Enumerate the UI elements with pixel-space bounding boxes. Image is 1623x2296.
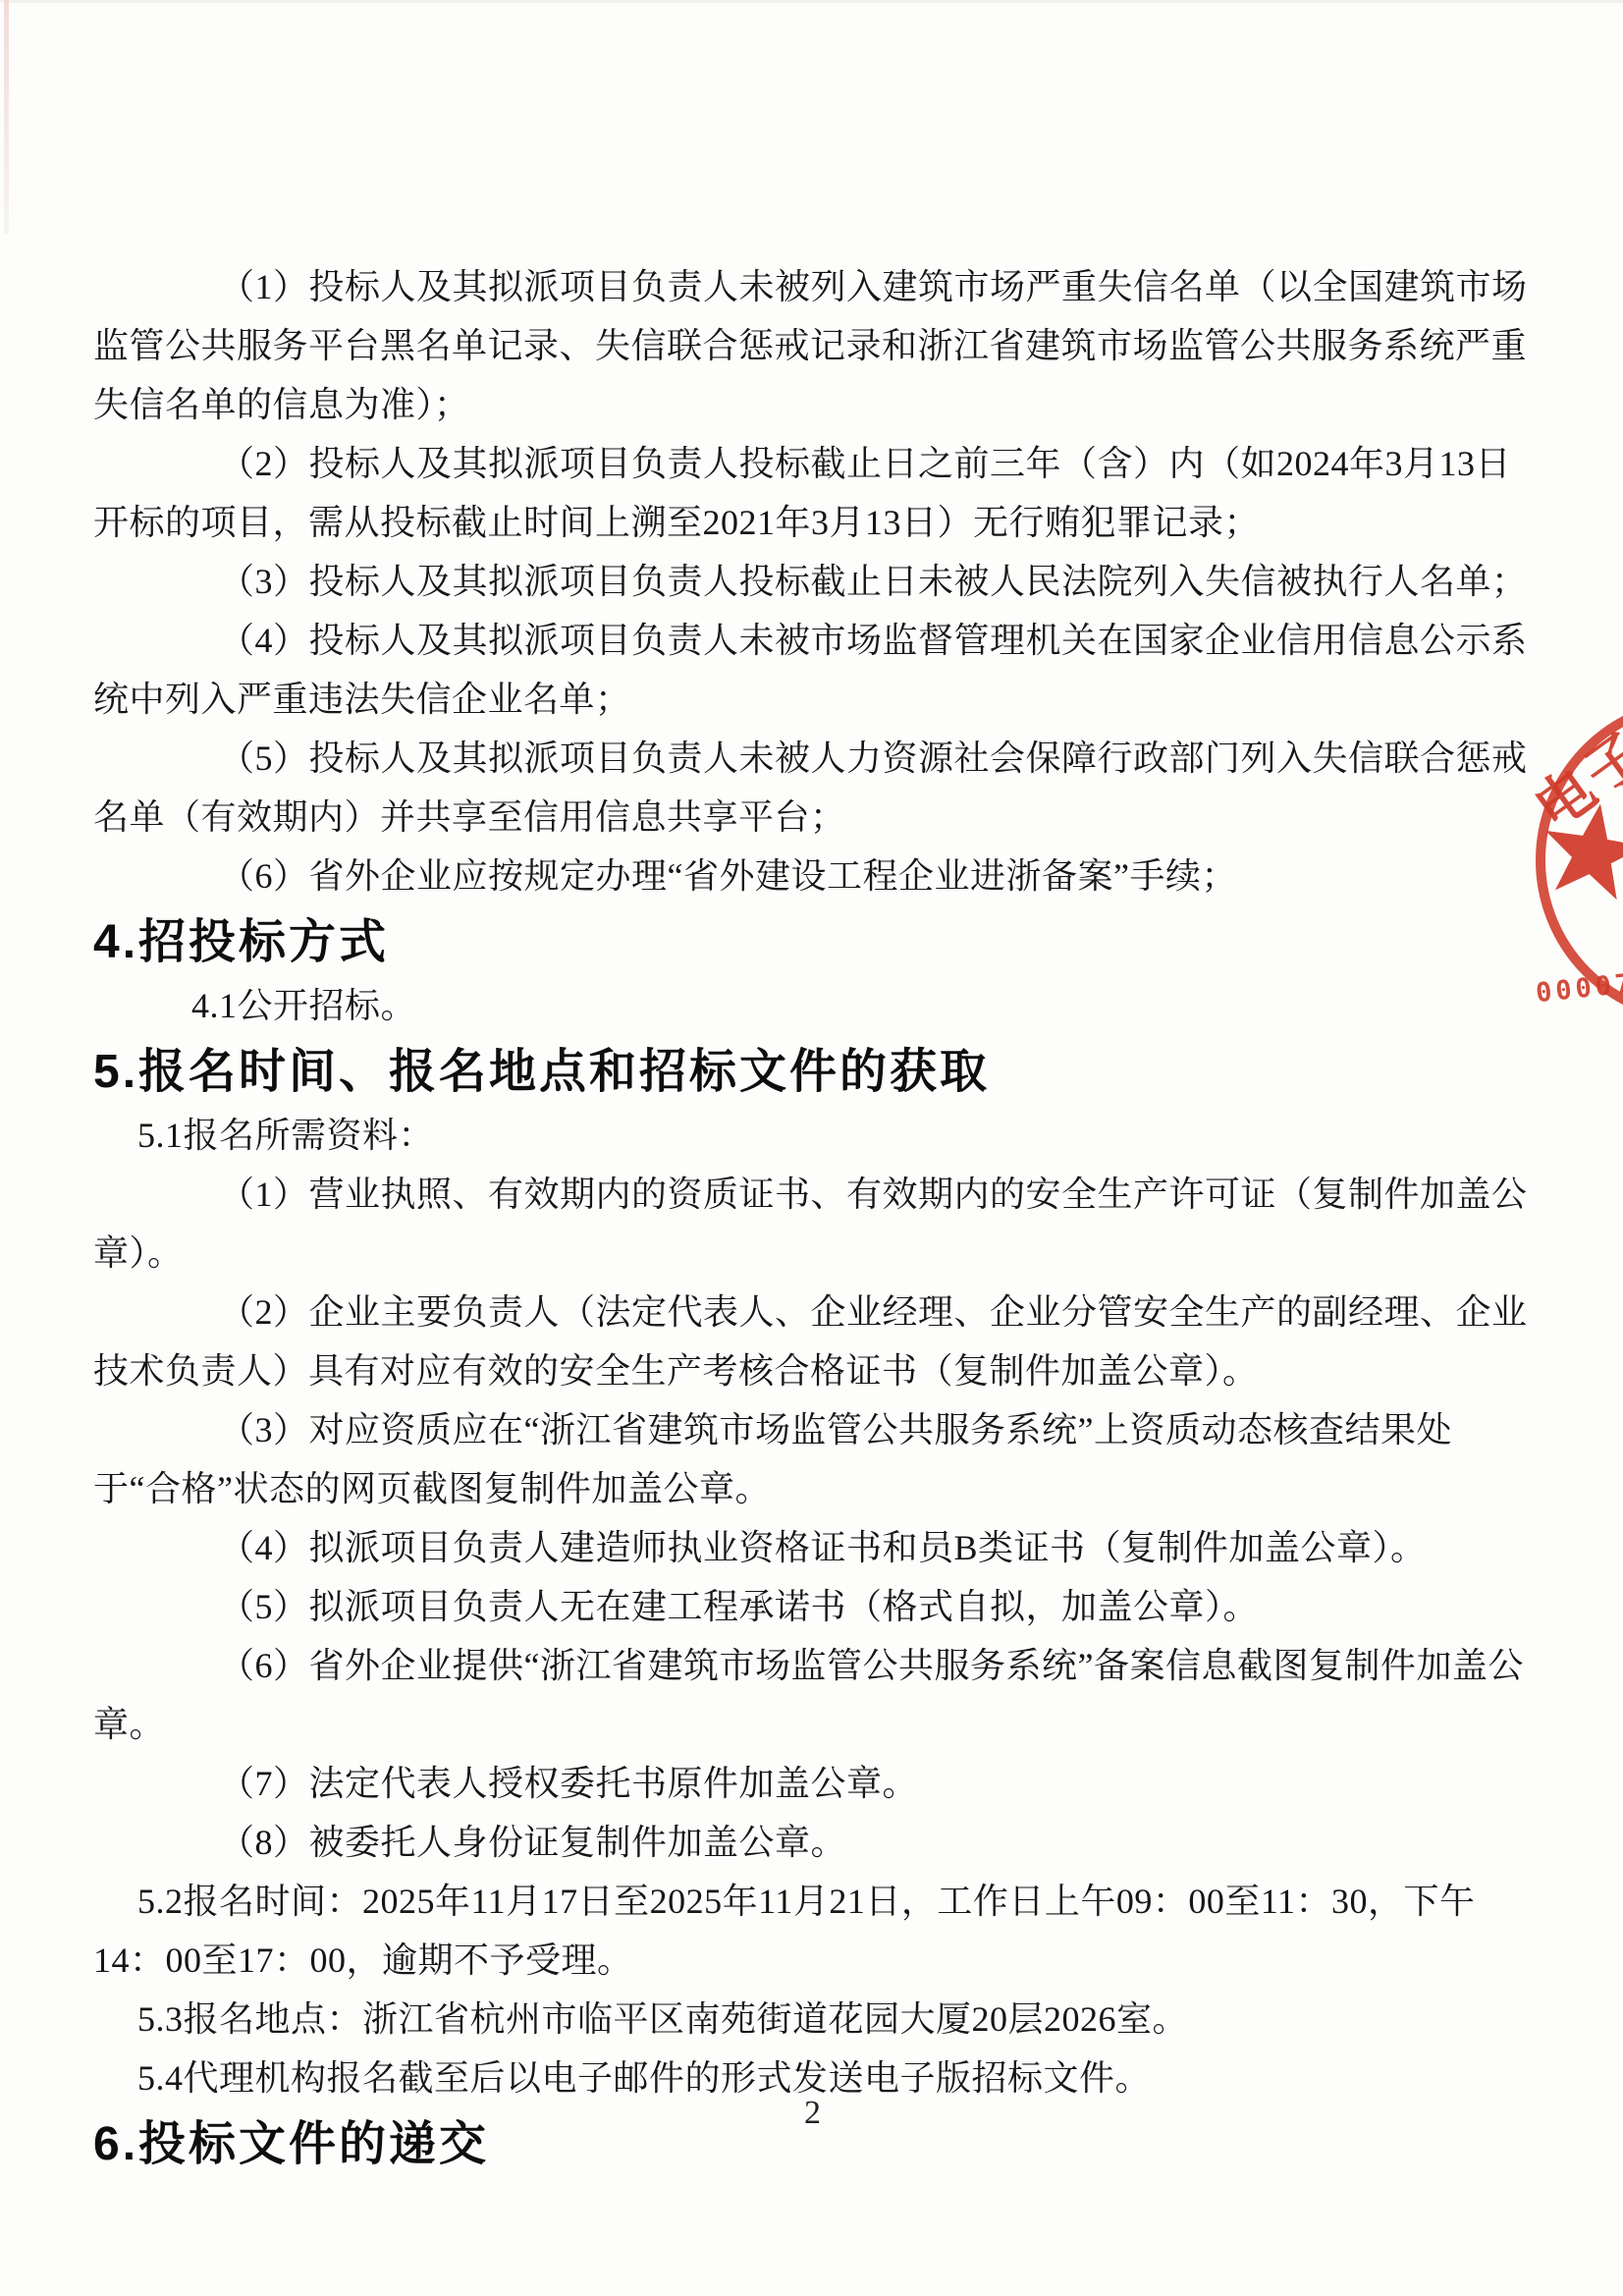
paragraph: （2）投标人及其拟派项目负责人投标截止日之前三年（含）内（如2024年3月13日… — [93, 434, 1532, 552]
star-icon — [1534, 795, 1623, 910]
section-heading: 4.招投标方式 — [93, 910, 1532, 975]
seal-label: 电子 — [1528, 707, 1623, 846]
red-seal-stamp: 电子 000078 — [1528, 687, 1623, 1029]
paragraph: （5）投标人及其拟派项目负责人未被人力资源社会保障行政部门列入失信联合惩戒名单（… — [93, 729, 1532, 847]
paragraph: （1）投标人及其拟派项目负责人未被列入建筑市场严重失信名单（以全国建筑市场监管公… — [93, 257, 1532, 434]
paragraph: 5.2报名时间：2025年11月17日至2025年11月21日，工作日上午09：… — [93, 1872, 1532, 1990]
paragraph: （4）投标人及其拟派项目负责人未被市场监督管理机关在国家企业信用信息公示系统中列… — [93, 611, 1532, 729]
paragraph: （5）拟派项目负责人无在建工程承诺书（格式自拟，加盖公章）。 — [93, 1577, 1532, 1636]
paragraph: （6）省外企业提供“浙江省建筑市场监管公共服务系统”备案信息截图复制件加盖公章。 — [93, 1636, 1532, 1754]
seal-serial-number: 000078 — [1535, 966, 1623, 1010]
paragraph: （1）营业执照、有效期内的资质证书、有效期内的安全生产许可证（复制件加盖公章）。 — [93, 1165, 1532, 1283]
paragraph: 5.1报名所需资料： — [93, 1106, 1532, 1165]
scan-top-edge-artifact — [0, 0, 1623, 3]
paragraph: （4）拟派项目负责人建造师执业资格证书和员B类证书（复制件加盖公章）。 — [93, 1518, 1532, 1577]
paragraph: （3）对应资质应在“浙江省建筑市场监管公共服务系统”上资质动态核查结果处于“合格… — [93, 1400, 1532, 1518]
document-body: （1）投标人及其拟派项目负责人未被列入建筑市场严重失信名单（以全国建筑市场监管公… — [93, 257, 1532, 2178]
seal-ring-icon — [1536, 697, 1623, 1023]
paragraph: 5.3报名地点：浙江省杭州市临平区南苑街道花园大厦20层2026室。 — [93, 1990, 1532, 2049]
document-page: （1）投标人及其拟派项目负责人未被列入建筑市场严重失信名单（以全国建筑市场监管公… — [0, 0, 1623, 2296]
paragraph: （8）被委托人身份证复制件加盖公章。 — [93, 1813, 1532, 1872]
section-heading: 5.报名时间、报名地点和招标文件的获取 — [93, 1040, 1532, 1105]
scan-left-edge-artifact — [4, 0, 9, 234]
paragraph: （3）投标人及其拟派项目负责人投标截止日未被人民法院列入失信被执行人名单； — [93, 552, 1532, 611]
paragraph: （2）企业主要负责人（法定代表人、企业经理、企业分管安全生产的副经理、企业技术负… — [93, 1283, 1532, 1400]
paragraph: （7）法定代表人授权委托书原件加盖公章。 — [93, 1754, 1532, 1813]
paragraph: （6）省外企业应按规定办理“省外建设工程企业进浙备案”手续； — [93, 847, 1532, 905]
page-number: 2 — [93, 2095, 1532, 2132]
paragraph: 4.1公开招标。 — [93, 976, 1532, 1035]
